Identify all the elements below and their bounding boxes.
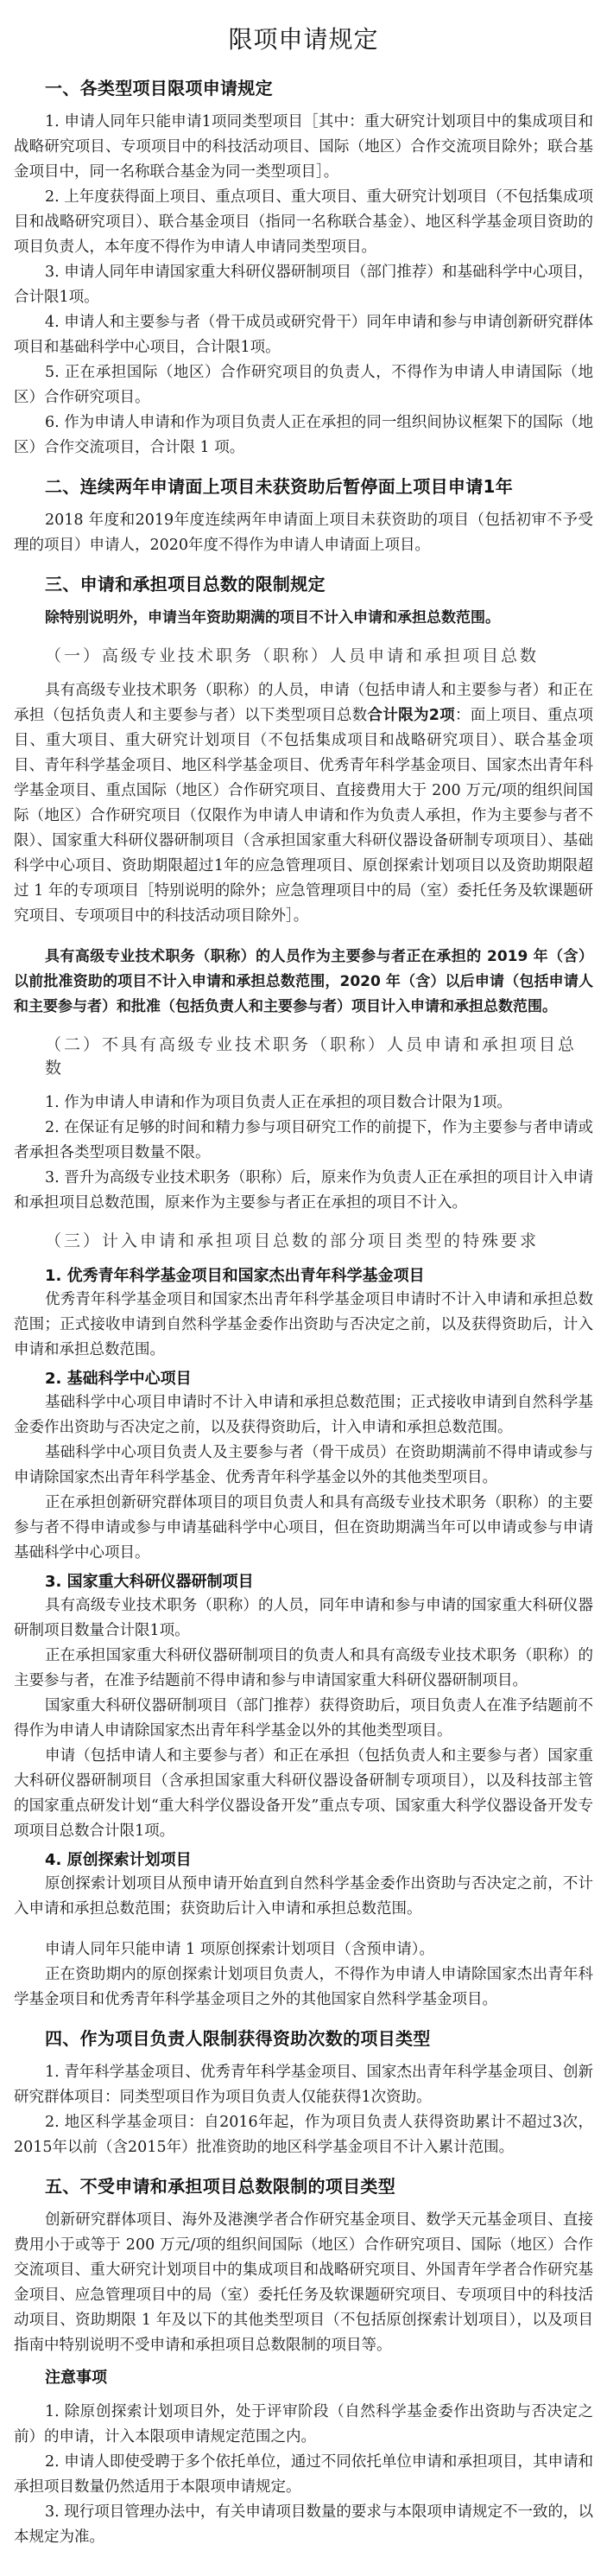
emphasis-paragraph: 具有高级专业技术职务（职称）的人员作为主要参与者正在承担的 2019 年（含）以…	[14, 945, 593, 1020]
paragraph: 正在承担创新研究群体项目的项目负责人和具有高级专业技术职务（职称）的主要参与者不…	[14, 1491, 593, 1566]
paragraph: 国家重大科研仪器研制项目（部门推荐）获得资助后，项目负责人在准予结题前不得作为申…	[14, 1694, 593, 1744]
paragraph: 2. 地区科学基金项目：自2016年起，作为项目负责人获得资助累计不超过3次，2…	[14, 2110, 593, 2160]
paragraph: 正在承担国家重大科研仪器研制项目的负责人和具有高级专业技术职务（职称）的主要参与…	[14, 1644, 593, 1694]
section-heading: 二、连续两年申请面上项目未获资助后暂停面上项目申请1年	[45, 473, 593, 498]
document-page: 限项申请规定 一、各类型项目限项申请规定 1. 申请人同年只能申请1项同类型项目…	[0, 0, 607, 2576]
paragraph: 基础科学中心项目申请时不计入申请和承担总数范围；正式接收申请到自然科学基金委作出…	[14, 1390, 593, 1441]
paragraph: 2. 申请人即使受聘于多个依托单位，通过不同依托单位申请和承担项目，其申请和承担…	[14, 2450, 593, 2500]
sub-heading: （三）计入申请和承担项目总数的部分项目类型的特殊要求	[45, 1228, 593, 1251]
emphasis-text: 合计限为2项	[368, 707, 456, 724]
paragraph: 正在资助期内的原创探索计划项目负责人，不得作为申请人申请除国家杰出青年科学基金项…	[14, 1962, 593, 2013]
section-lead: 除特别说明外，申请当年资助期满的项目不计入申请和承担总数范围。	[14, 606, 593, 631]
notes-heading: 注意事项	[45, 2365, 593, 2388]
paragraph: 2. 在保证有足够的时间和精力参与项目研究工作的前提下，作为主要参与者申请或者承…	[14, 1116, 593, 1166]
section-heading: 五、不受申请和承担项目总数限制的项目类型	[45, 2172, 593, 2198]
item-heading: 4. 原创探索计划项目	[45, 1848, 593, 1870]
paragraph: 4. 申请人和主要参与者（骨干成员或研究骨干）同年申请和参与申请创新研究群体项目…	[14, 310, 593, 360]
sub-heading: （一）高级专业技术职务（职称）人员申请和承担项目总数	[45, 643, 593, 666]
section-heading: 三、申请和承担项目总数的限制规定	[45, 570, 593, 595]
item-heading: 1. 优秀青年科学基金项目和国家杰出青年科学基金项目	[45, 1263, 593, 1286]
section-1: 一、各类型项目限项申请规定 1. 申请人同年只能申请1项同类型项目［其中：重大研…	[14, 74, 593, 461]
section-5: 五、不受申请和承担项目总数限制的项目类型 创新研究群体项目、海外及港澳学者合作研…	[14, 2172, 593, 2358]
paragraph: 基础科学中心项目负责人及主要参与者（骨干成员）在资助期满前不得申请或参与申请除国…	[14, 1441, 593, 1491]
paragraph: 申请人同年只能申请 1 项原创探索计划项目（含预申请）。	[14, 1937, 593, 1962]
paragraph: 1. 青年科学基金项目、优秀青年科学基金项目、国家杰出青年科学基金项目、创新研究…	[14, 2060, 593, 2110]
item-heading: 2. 基础科学中心项目	[45, 1366, 593, 1389]
paragraph: 优秀青年科学基金项目和国家杰出青年科学基金项目申请时不计入申请和承担总数范围；正…	[14, 1288, 593, 1363]
paragraph: 申请（包括申请人和主要参与者）和正在承担（包括负责人和主要参与者）国家重大科研仪…	[14, 1744, 593, 1844]
paragraph: 创新研究群体项目、海外及港澳学者合作研究基金项目、数学天元基金项目、直接费用小于…	[14, 2208, 593, 2358]
paragraph: 具有高级专业技术职务（职称）的人员，申请（包括申请人和主要参与者）和正在承担（包…	[14, 678, 593, 929]
notes-section: 注意事项 1. 除原创探索计划项目外，处于评审阶段（自然科学基金委作出资助与否决…	[14, 2365, 593, 2550]
spacer	[14, 929, 593, 945]
paragraph: 5. 正在承担国际（地区）合作研究项目的负责人，不得作为申请人申请国际（地区）合…	[14, 360, 593, 410]
paragraph: 原创探索计划项目从预申请开始直到自然科学基金委作出资助与否决定之前，不计入申请和…	[14, 1872, 593, 1922]
document-title: 限项申请规定	[14, 21, 593, 55]
paragraph: 2. 上年度获得面上项目、重点项目、重大项目、重大研究计划项目（不包括集成项目和…	[14, 185, 593, 260]
paragraph: 具有高级专业技术职务（职称）的人员，同年申请和参与申请的国家重大科研仪器研制项目…	[14, 1593, 593, 1644]
section-heading: 一、各类型项目限项申请规定	[45, 74, 593, 99]
section-2: 二、连续两年申请面上项目未获资助后暂停面上项目申请1年 2018 年度和2019…	[14, 473, 593, 558]
paragraph: 1. 申请人同年只能申请1项同类型项目［其中：重大研究计划项目中的集成项目和战略…	[14, 110, 593, 185]
section-heading: 四、作为项目负责人限制获得资助次数的项目类型	[45, 2025, 593, 2050]
paragraph: 2018 年度和2019年度连续两年申请面上项目未获资助的项目（包括初审不予受理…	[14, 508, 593, 558]
spacer	[14, 1922, 593, 1937]
sub-heading: （二）不具有高级专业技术职务（职称）人员申请和承担项目总数	[45, 1032, 593, 1078]
paragraph-text: ：面上项目、重点项目、重大项目、重大研究计划项目（不包括集成项目和战略研究项目）…	[14, 707, 593, 925]
paragraph: 6. 作为申请人申请和作为项目负责人正在承担的同一组织间协议框架下的国际（地区）…	[14, 410, 593, 461]
paragraph: 1. 作为申请人申请和作为项目负责人正在承担的项目数合计限为1项。	[14, 1091, 593, 1116]
paragraph: 3. 现行项目管理办法中，有关申请项目数量的要求与本限项申请规定不一致的，以本规…	[14, 2500, 593, 2550]
paragraph: 3. 晋升为高级专业技术职务（职称）后，原来作为负责人正在承担的项目计入申请和承…	[14, 1166, 593, 1216]
paragraph: 3. 申请人同年申请国家重大科研仪器研制项目（部门推荐）和基础科学中心项目，合计…	[14, 260, 593, 310]
section-3: 三、申请和承担项目总数的限制规定 除特别说明外，申请当年资助期满的项目不计入申请…	[14, 570, 593, 2013]
item-heading: 3. 国家重大科研仪器研制项目	[45, 1569, 593, 1592]
section-4: 四、作为项目负责人限制获得资助次数的项目类型 1. 青年科学基金项目、优秀青年科…	[14, 2025, 593, 2160]
paragraph: 1. 除原创探索计划项目外，处于评审阶段（自然科学基金委作出资助与否决定之前）的…	[14, 2400, 593, 2450]
